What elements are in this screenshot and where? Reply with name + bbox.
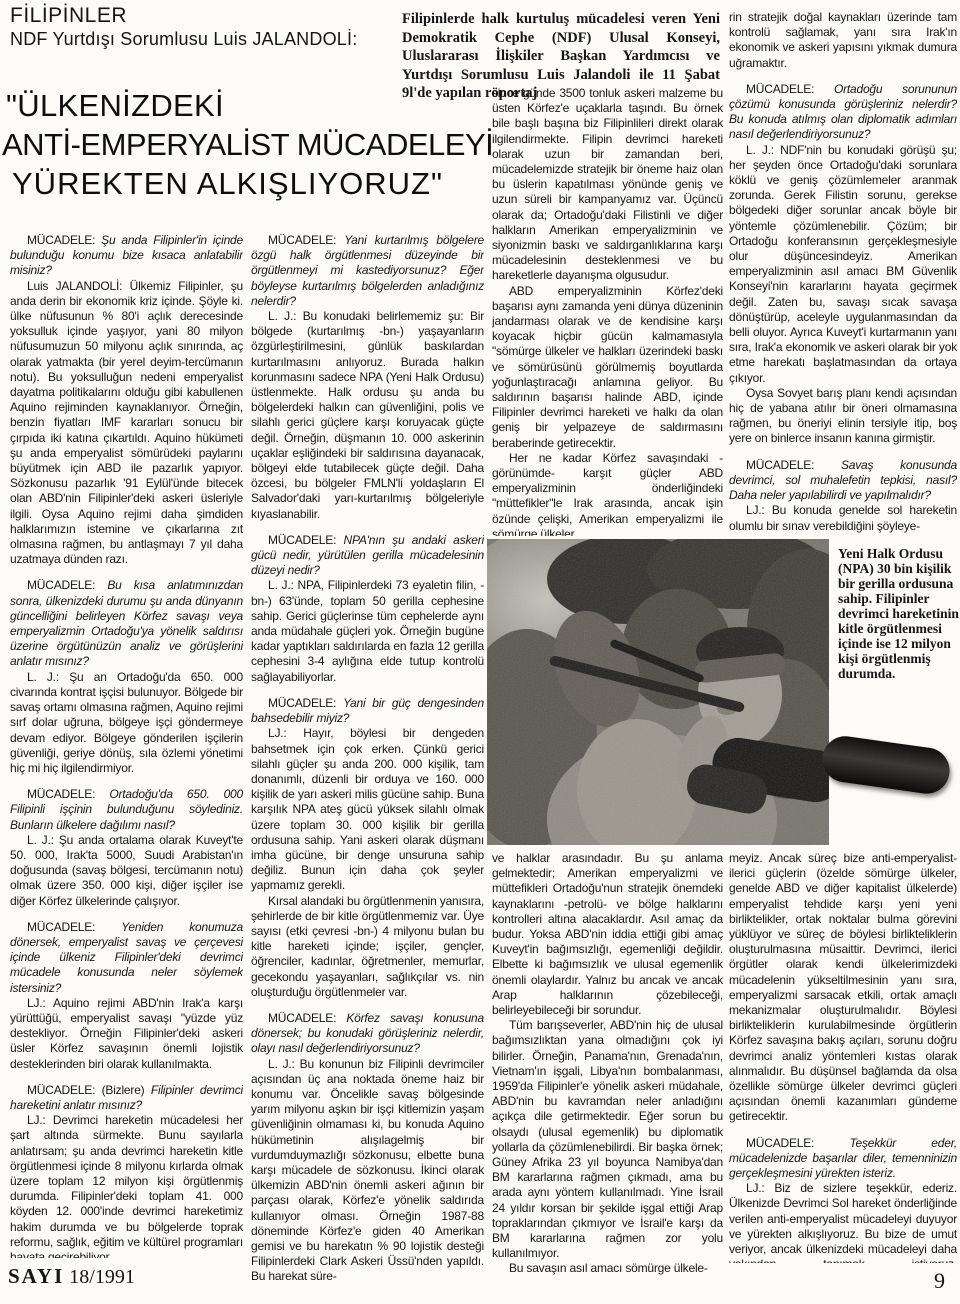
paragraph: since günde 3500 tonluk askeri malzeme b… xyxy=(492,86,723,284)
speaker-label: MÜCADELE: xyxy=(27,920,121,934)
column-4-bottom: meyiz. Ancak süreç bize anti-emperyalist… xyxy=(729,851,957,1263)
speaker-label: MÜCADELE: xyxy=(746,458,841,472)
npa-guerrilla-photo xyxy=(487,539,829,845)
speaker-label: MÜCADELE: xyxy=(27,578,107,592)
paragraph: LJ.: Hayır, böylesi bir dengeden bahsetm… xyxy=(251,726,484,893)
byline: NDF Yurtdışı Sorumlusu Luis JALANDOLİ: xyxy=(10,29,357,50)
speaker-label: L. J.: xyxy=(27,670,69,684)
headline: "ÜLKENİZDEKİ ANTİ-EMPERYALİST MÜCADELEYİ… xyxy=(6,86,494,203)
paragraph: LJ.: Biz de sizlere teşekkür, ederiz. Ül… xyxy=(729,1181,957,1263)
speaker-label: L. J.: xyxy=(27,833,59,847)
paragraph: L. J.: NDF'nin bu konudaki görüşü şu; he… xyxy=(729,143,957,386)
speaker-label: MÜCADELE: xyxy=(27,787,109,801)
speaker-label: LJ.: xyxy=(27,996,53,1010)
interview-question: MÜCADELE: Ortadoğu sorununun çözümü konu… xyxy=(729,82,957,143)
interview-question: MÜCADELE: Savaş konusunda devrimci, sol … xyxy=(729,458,957,504)
column-3-top: since günde 3500 tonluk askeri malzeme b… xyxy=(492,86,723,536)
speaker-label: LJ.: xyxy=(268,726,303,740)
section-kicker: FİLİPİNLER xyxy=(10,4,127,28)
paragraph: Kırsal alandaki bu örgütlenmenin yanısır… xyxy=(251,894,484,1000)
speaker-label: MÜCADELE: xyxy=(268,1011,346,1025)
headline-line-2: ANTİ-EMPERYALİST MÜCADELEYİ xyxy=(2,125,494,164)
headline-line-3: YÜREKTEN ALKIŞLIYORUZ" xyxy=(12,164,494,203)
interview-question: MÜCADELE: Ortadoğu'da 650. 000 Filipinli… xyxy=(10,787,243,833)
paragraph: L. J.: Şu an Ortadoğu'da 650. 000 civarı… xyxy=(10,670,243,776)
speaker-label: MÜCADELE: xyxy=(27,233,101,247)
weapon-barrel-cutout xyxy=(819,733,952,796)
column-3-bottom: ve halklar arasındadır. Bu şu anlama gel… xyxy=(492,851,723,1299)
speaker-label: MÜCADELE: xyxy=(268,696,343,710)
paragraph: Tüm barışseverler, ABD'nin hiç de ulusal… xyxy=(492,1018,723,1261)
interview-question: MÜCADELE: Yeniden konumuza dönersek, emp… xyxy=(10,920,243,996)
paragraph: Luis JALANDOLİ: Ülkemiz Filipinler, şu a… xyxy=(10,279,243,568)
interview-question: MÜCADELE: Şu anda Filipinler'in içinde b… xyxy=(10,233,243,279)
interview-question: MÜCADELE: (Bizlere) Filipinler devrimci … xyxy=(10,1083,243,1113)
speaker-label: LJ.: xyxy=(746,503,772,517)
speaker-label: LJ.: xyxy=(27,1113,53,1127)
paragraph: LJ.: Aquino rejimi ABD'nin Irak'a karşı … xyxy=(10,996,243,1072)
paragraph: LJ.: Bu konuda genelde sol hareketin olu… xyxy=(729,503,957,533)
speaker-label: MÜCADELE: xyxy=(268,533,344,547)
paragraph: L. J.: Şu anda ortalama olarak Kuveyt'te… xyxy=(10,833,243,909)
interview-question: MÜCADELE: Yani kurtarılmış bölgelere özg… xyxy=(251,233,484,309)
magazine-page: FİLİPİNLER NDF Yurtdışı Sorumlusu Luis J… xyxy=(0,0,960,1304)
interview-question: MÜCADELE: Bu kısa anlatımınızdan sonra, … xyxy=(10,578,243,669)
speaker-label: L. J.: xyxy=(268,578,298,592)
speaker-label: MÜCADELE: xyxy=(746,1136,849,1150)
speaker-label: MÜCADELE: (Bizlere) xyxy=(27,1083,151,1097)
speaker-label: L. J.: xyxy=(268,1057,300,1071)
issue-label: SAYI xyxy=(8,1264,64,1288)
speaker-label: L. J.: xyxy=(746,143,780,157)
paragraph: L. J.: Bu konunun biz Filipinli devrimci… xyxy=(251,1057,484,1285)
speaker-label: Luis JALANDOLİ: xyxy=(27,279,130,293)
headline-line-1: "ÜLKENİZDEKİ xyxy=(6,86,494,125)
paragraph: L. J.: NPA, Filipinlerdeki 73 eyaletin f… xyxy=(251,578,484,684)
paragraph: L. J.: Bu konudaki belirlememiz şu: Bir … xyxy=(251,309,484,522)
interview-question: MÜCADELE: Yani bir güç dengesinden bahse… xyxy=(251,696,484,726)
speaker-label: MÜCADELE: xyxy=(746,82,834,96)
page-number: 9 xyxy=(934,1268,945,1294)
paragraph: Her ne kadar Körfez savaşındaki -görünüm… xyxy=(492,451,723,536)
column-1: MÜCADELE: Şu anda Filipinler'in içinde b… xyxy=(10,222,243,1258)
paragraph: rin stratejik doğal kaynakları üzerinde … xyxy=(729,10,957,71)
paragraph: ABD emperyalizminin Körfez'deki başarısı… xyxy=(492,284,723,451)
interview-question: MÜCADELE: Teşekkür eder, mücadelenizde b… xyxy=(729,1136,957,1182)
column-2: MÜCADELE: Yani kurtarılmış bölgelere özg… xyxy=(251,222,484,1298)
speaker-label: MÜCADELE: xyxy=(268,233,344,247)
paragraph: meyiz. Ancak süreç bize anti-emperyalist… xyxy=(729,851,957,1125)
issue-footer: SAYI 18/1991 xyxy=(8,1264,135,1289)
paragraph: Bu savaşın asıl amacı sömürge ülkele- xyxy=(492,1261,723,1276)
paragraph: LJ.: Devrimci hareketin mücadelesi her ş… xyxy=(10,1113,243,1258)
interview-question: MÜCADELE: Körfez savaşı konusuna dönerse… xyxy=(251,1011,484,1057)
photo-caption: Yeni Halk Ordusu (NPA) 30 bin kişilik bi… xyxy=(838,546,960,685)
speaker-label: L. J.: xyxy=(268,309,303,323)
interview-question: MÜCADELE: NPA'nın şu andaki askeri gücü … xyxy=(251,533,484,579)
paragraph: ve halklar arasındadır. Bu şu anlama gel… xyxy=(492,851,723,1018)
speaker-label: LJ.: xyxy=(746,1181,774,1195)
issue-number: 18/1991 xyxy=(69,1266,135,1288)
column-4-top: rin stratejik doğal kaynakları üzerinde … xyxy=(729,10,957,546)
paragraph: Oysa Sovyet barış planı kendi açısından … xyxy=(729,386,957,447)
